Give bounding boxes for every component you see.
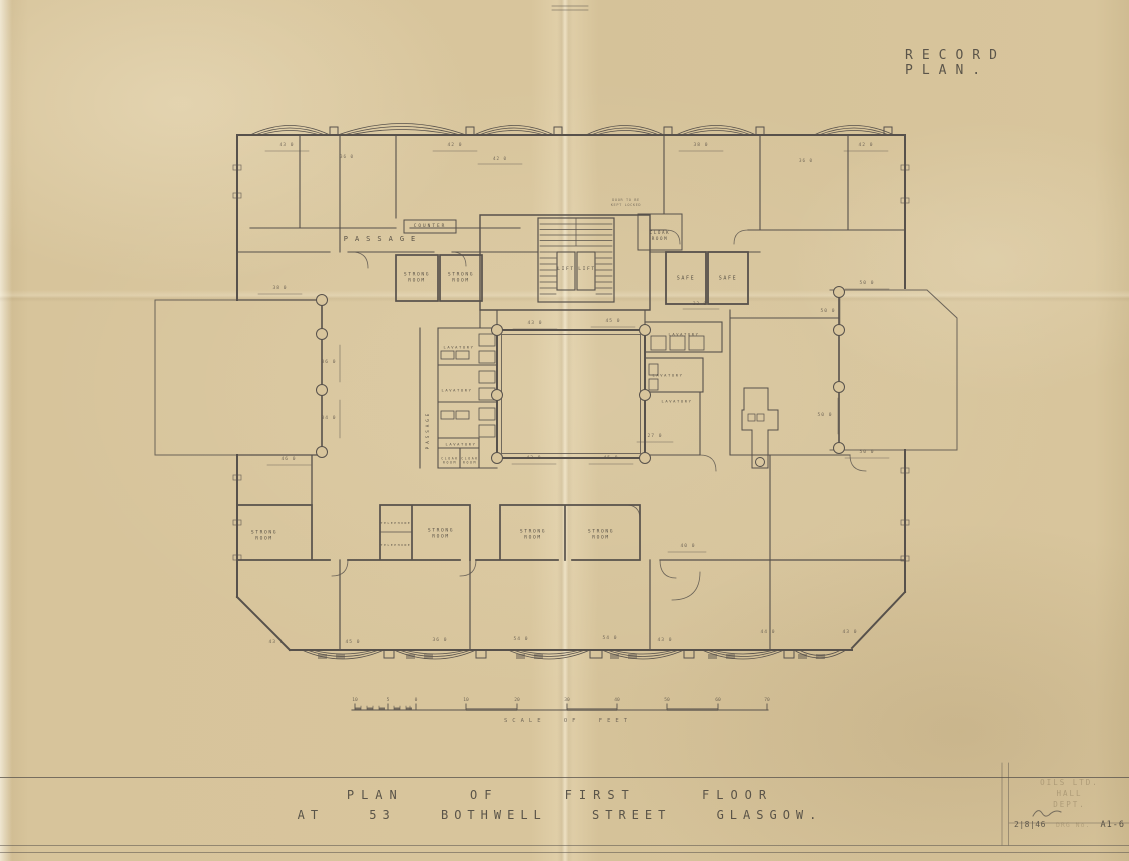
drawing-sheet: PASSAGECOUNTERSTRONG ROOMSTRONG ROOMLIFT… (0, 0, 1129, 861)
title-block: OILS LTD. HALL DEPT. 2|8|46 DRG No. A1-6 (1012, 778, 1127, 844)
dimension-label: 36 0 (799, 158, 813, 164)
scale-number: 40 (614, 698, 620, 704)
title-block-drawing-number: A1-6 (1101, 820, 1125, 830)
room-label: CLOAK ROOM (441, 457, 459, 466)
scale-number: 70 (764, 698, 770, 704)
room-label: SAFE (719, 276, 737, 283)
dimension-label: 54 0 (602, 636, 617, 642)
note-label: DOOR TO BE KEPT LOCKED (611, 198, 641, 208)
room-label: PASSAGE (344, 235, 423, 245)
dimension-label: 44 0 (760, 630, 775, 636)
title-block-date: 2|8|46 (1014, 820, 1046, 829)
dimension-label: 50 0 (859, 281, 874, 287)
dimension-label: 40 0 (680, 544, 695, 550)
room-label: CLOAK ROOM (650, 230, 671, 242)
scale-number: 20 (514, 698, 520, 704)
scale-number: 10 (463, 698, 469, 704)
scale-number: 30 (564, 698, 570, 704)
dimension-label: 27 0 (647, 434, 662, 440)
room-label: SAFE (677, 276, 695, 283)
room-label: STRONG ROOM (251, 531, 277, 544)
room-label: STRONG ROOM (520, 530, 546, 543)
dimension-label: 34 0 (321, 416, 336, 422)
dimension-label: 36 0 (321, 360, 336, 366)
room-label: LAVATORY (668, 331, 699, 336)
dimension-label: 42 0 (858, 143, 873, 149)
floor-plan-linework (0, 0, 1129, 861)
room-label: LIFT (578, 267, 595, 273)
room-label: STRONG ROOM (404, 273, 430, 286)
title-block-line3: DEPT. (1012, 800, 1127, 811)
dimension-label: 36 0 (340, 154, 354, 160)
dimension-label: 42 0 (447, 143, 462, 149)
title-block-line2: HALL (1012, 789, 1127, 800)
dimension-label: 45 0 (345, 640, 360, 646)
room-label: CLOAK ROOM (461, 457, 479, 466)
dimension-label: 43 0 (657, 638, 672, 644)
dimension-label: 50 0 (820, 309, 835, 315)
dimension-label: 43 0 (527, 321, 542, 327)
room-label: LAVATORY (443, 344, 474, 349)
scale-caption: SCALE OF FEET (463, 718, 673, 724)
scale-number: 60 (715, 698, 721, 704)
room-label: PASSAGE (425, 411, 431, 450)
dimension-label: 43 0 (526, 456, 541, 462)
scale-number: 0 (415, 698, 418, 704)
room-label: COUNTER (414, 224, 447, 230)
room-label: LAVATORY (661, 398, 692, 403)
dimension-label: 45 0 (605, 319, 620, 325)
dimension-label: 54 0 (513, 637, 528, 643)
room-label: TELEPHONE (381, 521, 412, 525)
scale-number: 5 (387, 698, 390, 704)
dimension-label: 38 0 (693, 143, 708, 149)
dimension-label: 50 0 (817, 413, 832, 419)
dimension-label: 50 0 (859, 450, 874, 456)
room-label: STRONG ROOM (428, 529, 454, 542)
dimension-label: 38 0 (272, 286, 287, 292)
room-label: LIFT (557, 267, 574, 273)
title-line-2: AT 53 BOTHWELL STREET GLASGOW. (290, 808, 830, 822)
room-label: LAVATORY (445, 441, 476, 446)
title-line-1: PLAN OF FIRST FLOOR (290, 788, 830, 802)
drawing-title: PLAN OF FIRST FLOOR AT 53 BOTHWELL STREE… (290, 788, 830, 822)
room-label: STRONG ROOM (448, 273, 474, 286)
dimension-label: 46 0 (281, 457, 296, 463)
dimension-label: 43 0 (268, 640, 283, 646)
dimension-label: 36 0 (432, 638, 447, 644)
title-block-drg-label: DRG No. (1056, 821, 1090, 829)
room-label: LAVATORY (652, 372, 683, 377)
dimension-label: 43 0 (842, 630, 857, 636)
record-plan-stamp: RECORD PLAN. (905, 48, 1105, 78)
room-label: LAVATORY (441, 387, 472, 392)
dimension-label: 42 0 (493, 156, 507, 162)
title-block-company: OILS LTD. (1012, 778, 1127, 789)
dimension-label: 43 0 (279, 143, 294, 149)
scale-number: 50 (664, 698, 670, 704)
dimension-label: 45 0 (603, 456, 618, 462)
dimension-label: 22 0 (693, 301, 707, 307)
room-label: STRONG ROOM (588, 530, 614, 543)
scale-number: 10 (352, 698, 358, 704)
room-label: TELEPHONE (381, 543, 412, 547)
